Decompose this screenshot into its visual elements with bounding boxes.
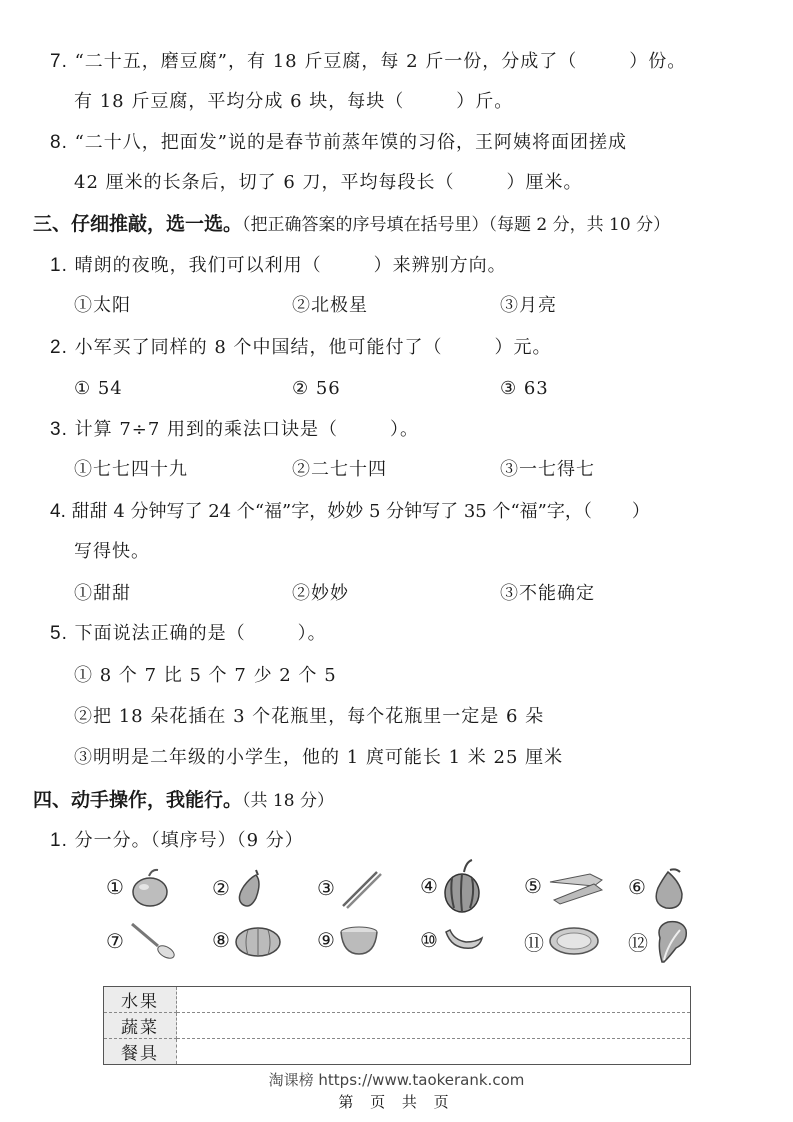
question-text: 小军买了同样的 8 个中国结，他可能付了（ xyxy=(75,337,443,358)
table-row: 水果 xyxy=(104,987,691,1013)
s4-question-1: 1. 分一分。（填序号）（9 分） xyxy=(50,826,304,856)
option-2[interactable]: ②把 18 朵花插在 3 个花瓶里，每个花瓶里一定是 6 朵 xyxy=(74,702,544,732)
item-5: ⑤ xyxy=(524,866,606,906)
section-note: （把正确答案的序号填在括号里）（每题 2 分，共 10 分） xyxy=(242,215,670,235)
item-label: ① xyxy=(106,875,124,899)
section-title: 四、动手操作，我能行。 xyxy=(33,789,242,811)
watermelon-icon xyxy=(442,858,482,914)
fruit-answer-cell[interactable] xyxy=(177,987,691,1013)
question-text-end: ）。 xyxy=(298,623,327,644)
question-8: 8. “二十八，把面发”说的是春节前蒸年馍的习俗，王阿姨将面团搓成 xyxy=(50,128,627,158)
question-8-line2: 42 厘米的长条后，切了 6 刀，平均每段长（）厘米。 xyxy=(74,168,583,198)
watermark: 淘课榜 https://www.taokerank.com xyxy=(0,1069,793,1090)
item-2: ② xyxy=(212,866,264,910)
question-text: 计算 7÷7 用到的乘法口诀是（ xyxy=(75,419,338,440)
question-text-end: ）厘米。 xyxy=(507,172,583,193)
question-text: “二十八，把面发”说的是春节前蒸年馍的习俗，王阿姨将面团搓成 xyxy=(75,132,627,153)
s3-q4-options: ①甜甜 ②妙妙 ③不能确定 xyxy=(0,579,793,609)
chopsticks-icon xyxy=(339,866,383,910)
question-text-end: ） xyxy=(632,501,650,522)
question-text: 晴朗的夜晚，我们可以利用（ xyxy=(75,255,322,276)
table-row: 蔬菜 xyxy=(104,1013,691,1039)
item-1: ① xyxy=(106,866,170,908)
item-7: ⑦ xyxy=(106,920,178,962)
question-text: 42 厘米的长条后，切了 6 刀，平均每段长（ xyxy=(74,172,455,193)
item-label: ④ xyxy=(420,874,438,898)
question-7: 7. “二十五，磨豆腐”，有 18 斤豆腐，每 2 斤一份，分成了（）份。 xyxy=(50,47,686,77)
row-header-tableware: 餐具 xyxy=(104,1039,177,1065)
tableware-answer-cell[interactable] xyxy=(177,1039,691,1065)
question-number: 3. xyxy=(50,419,68,440)
section-note: （共 18 分） xyxy=(242,791,334,811)
question-number: 5. xyxy=(50,623,68,644)
item-label: ⑩ xyxy=(420,928,438,952)
option-3[interactable]: ③ 63 xyxy=(500,374,549,404)
s3-q2-options: ① 54 ② 56 ③ 63 xyxy=(0,374,793,404)
question-text-end: ）元。 xyxy=(495,337,552,358)
item-label: ⑦ xyxy=(106,929,124,953)
table-row: 餐具 xyxy=(104,1039,691,1065)
section-4-heading: 四、动手操作，我能行。（共 18 分） xyxy=(33,785,334,815)
option-1[interactable]: ①七七四十九 xyxy=(74,455,188,485)
item-label: ⑤ xyxy=(524,874,542,898)
question-text: 下面说法正确的是（ xyxy=(75,623,246,644)
question-text: 有 18 斤豆腐，平均分成 6 块，每块（ xyxy=(74,91,404,112)
item-4: ④ xyxy=(420,858,482,914)
option-3[interactable]: ③不能确定 xyxy=(500,579,595,609)
s3-q1-options: ①太阳 ②北极星 ③月亮 xyxy=(0,291,793,321)
row-header-fruit: 水果 xyxy=(104,987,177,1013)
item-label: ⑥ xyxy=(628,875,646,899)
item-label: ⑫ xyxy=(628,927,648,956)
question-number: 8. xyxy=(50,132,68,153)
item-8: ⑧ xyxy=(212,922,282,958)
question-number: 7. xyxy=(50,51,68,72)
s3-q4-continuation: 写得快。 xyxy=(74,537,150,567)
question-text-end: ）斤。 xyxy=(456,91,513,112)
option-2[interactable]: ②北极星 xyxy=(292,291,368,321)
classification-table: 水果 蔬菜 餐具 xyxy=(103,986,691,1065)
pumpkin-icon xyxy=(234,922,282,958)
eggplant-icon xyxy=(234,866,264,910)
question-number: 1. xyxy=(50,830,68,851)
option-1[interactable]: ① 54 xyxy=(74,374,123,404)
spoon-icon xyxy=(128,920,178,962)
banana-icon xyxy=(442,926,486,954)
question-7-line2: 有 18 斤豆腐，平均分成 6 块，每块（）斤。 xyxy=(74,87,513,117)
question-number: 1. xyxy=(50,255,68,276)
option-1[interactable]: ①甜甜 xyxy=(74,579,131,609)
question-text-end: ）来辨别方向。 xyxy=(374,255,507,276)
question-text: 甜甜 4 分钟写了 24 个“福”字，妙妙 5 分钟写了 35 个“福”字，（ xyxy=(72,501,592,522)
vegetable-answer-cell[interactable] xyxy=(177,1013,691,1039)
s3-question-2: 2. 小军买了同样的 8 个中国结，他可能付了（）元。 xyxy=(50,333,552,363)
question-text-end: ）份。 xyxy=(629,51,686,72)
option-2[interactable]: ② 56 xyxy=(292,374,341,404)
option-2[interactable]: ②二七十四 xyxy=(292,455,387,485)
s3-q3-options: ①七七四十九 ②二七十四 ③一七得七 xyxy=(0,455,793,485)
question-text: 写得快。 xyxy=(74,541,150,562)
s3-question-1: 1. 晴朗的夜晚，我们可以利用（）来辨别方向。 xyxy=(50,251,507,281)
item-label: ⑪ xyxy=(524,927,544,956)
bowl-icon xyxy=(339,924,379,956)
option-3[interactable]: ③明明是二年级的小学生，他的 1 庹可能长 1 米 25 厘米 xyxy=(74,743,563,773)
row-header-vegetable: 蔬菜 xyxy=(104,1013,177,1039)
item-6: ⑥ xyxy=(628,864,686,910)
question-text: “二十五，磨豆腐”，有 18 斤豆腐，每 2 斤一份，分成了（ xyxy=(75,51,578,72)
pear-icon xyxy=(650,864,686,910)
item-label: ⑨ xyxy=(317,928,335,952)
item-11: ⑪ xyxy=(524,926,600,956)
section-title: 三、仔细推敲，选一选。 xyxy=(33,213,242,235)
option-2[interactable]: ②妙妙 xyxy=(292,579,349,609)
s3-question-3: 3. 计算 7÷7 用到的乘法口诀是（）。 xyxy=(50,415,419,445)
option-3[interactable]: ③一七得七 xyxy=(500,455,595,485)
item-3: ③ xyxy=(317,866,383,910)
option-1[interactable]: ① 8 个 7 比 5 个 7 少 2 个 5 xyxy=(74,661,337,691)
celery-icon xyxy=(546,866,606,906)
page-number: 第 页 共 页 xyxy=(0,1091,793,1112)
bok-choy-icon xyxy=(652,918,690,964)
item-9: ⑨ xyxy=(317,924,379,956)
item-label: ⑧ xyxy=(212,928,230,952)
item-12: ⑫ xyxy=(628,918,690,964)
question-text-end: ）。 xyxy=(390,419,419,440)
s3-question-5: 5. 下面说法正确的是（）。 xyxy=(50,619,327,649)
item-10: ⑩ xyxy=(420,926,486,954)
plate-icon xyxy=(548,926,600,956)
question-number: 4. xyxy=(50,501,66,522)
section-3-heading: 三、仔细推敲，选一选。（把正确答案的序号填在括号里）（每题 2 分，共 10 分… xyxy=(33,209,670,239)
option-1[interactable]: ①太阳 xyxy=(74,291,131,321)
question-number: 2. xyxy=(50,337,68,358)
question-text: 分一分。（填序号）（9 分） xyxy=(75,830,304,851)
apple-icon xyxy=(128,866,170,908)
item-label: ② xyxy=(212,876,230,900)
item-label: ③ xyxy=(317,876,335,900)
option-3[interactable]: ③月亮 xyxy=(500,291,557,321)
s3-question-4: 4. 甜甜 4 分钟写了 24 个“福”字，妙妙 5 分钟写了 35 个“福”字… xyxy=(50,497,650,527)
